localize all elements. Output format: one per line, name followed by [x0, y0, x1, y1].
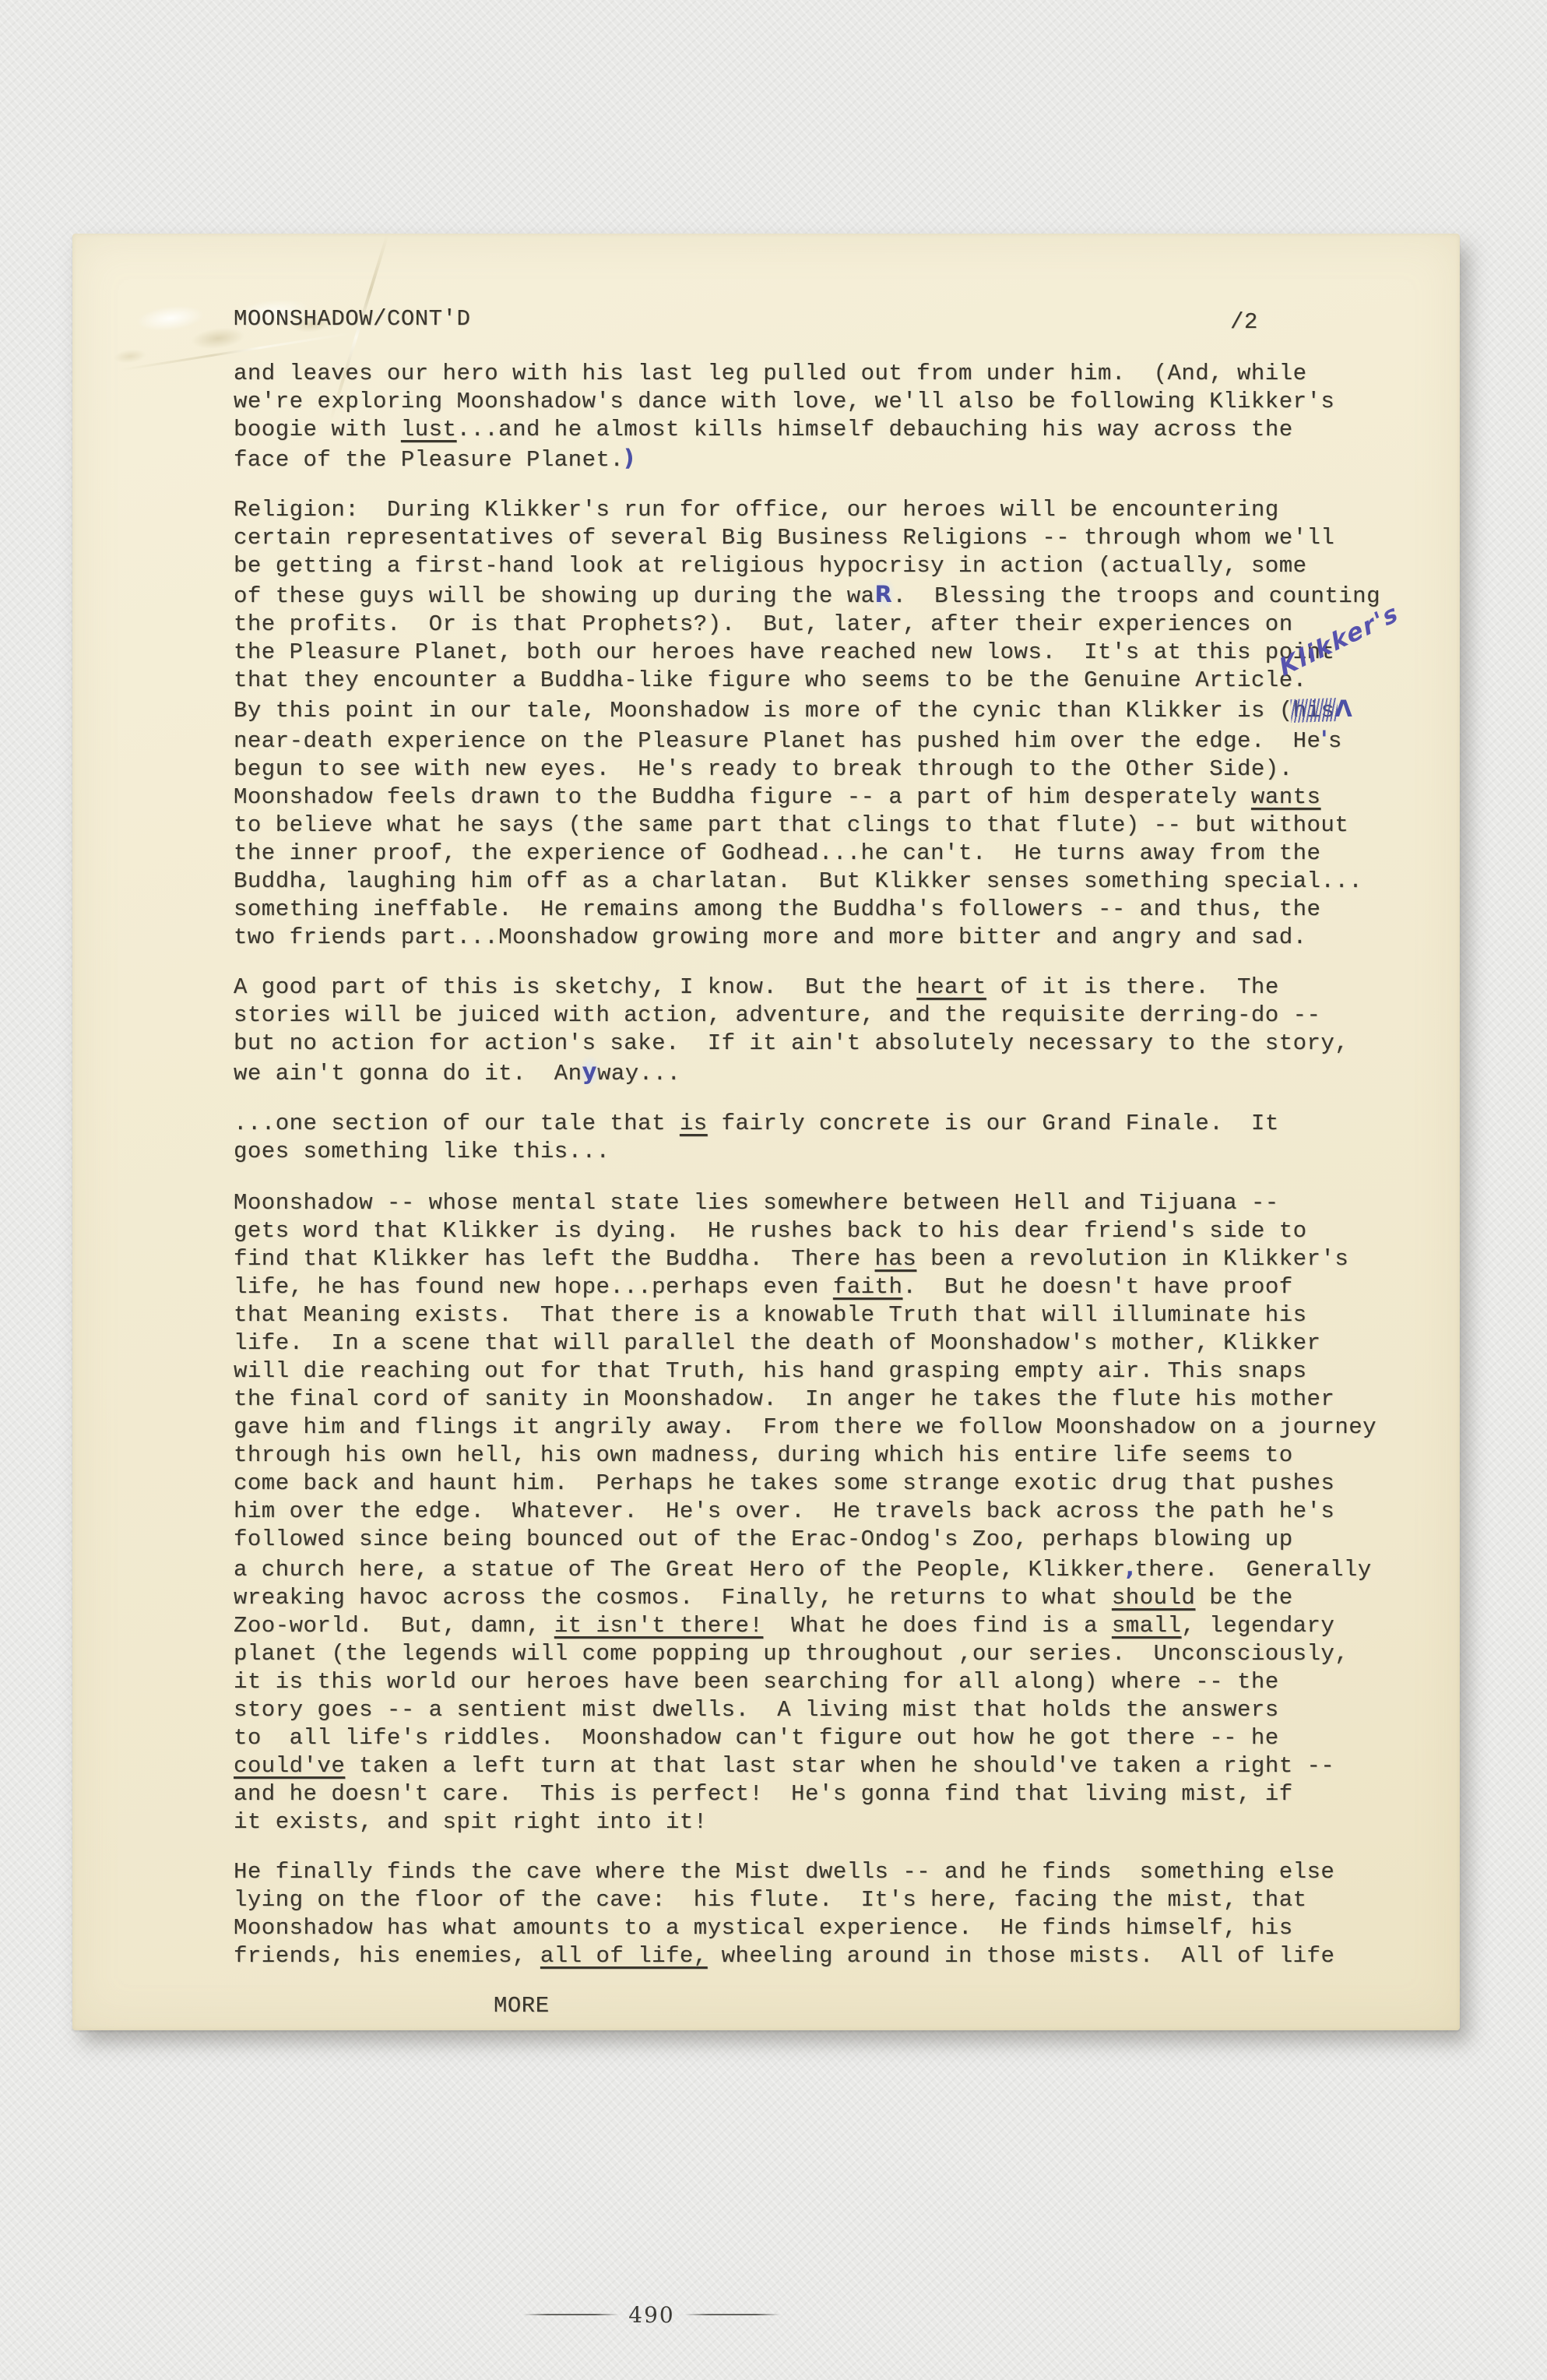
paragraph: ...one section of our tale that is fairl… — [234, 1110, 1425, 1166]
paragraph: Moonshadow -- whose mental state lies so… — [234, 1189, 1425, 1836]
pen-correction-on-whiteout: R — [875, 581, 893, 607]
document-body: and leaves our hero with his last leg pu… — [234, 360, 1425, 2020]
pen-correction: , — [1126, 1554, 1135, 1581]
pen-correction: ) — [624, 445, 635, 471]
page-number-header: /2 — [1230, 308, 1258, 336]
pen-correction-on-whiteout: y — [582, 1058, 597, 1085]
document-header: MOONSHADOW/CONT'D /2 — [234, 305, 1429, 336]
pen-scribbled-word: his — [1293, 698, 1335, 724]
paragraph: and leaves our hero with his last leg pu… — [234, 360, 1425, 474]
document-page: MOONSHADOW/CONT'D /2 and leaves our hero… — [72, 234, 1460, 2030]
pen-correction: ' — [1320, 726, 1327, 752]
paragraph: A good part of this is sketchy, I know. … — [234, 973, 1425, 1088]
paragraph: He finally finds the cave where the Mist… — [234, 1858, 1425, 1970]
footer-page-number: 490 — [628, 2302, 674, 2328]
more-continuation-label: MORE — [234, 1992, 1425, 2020]
paragraph: Religion: During Klikker's run for offic… — [234, 496, 1425, 952]
footer-rule-left — [523, 2314, 619, 2316]
scan-background: MOONSHADOW/CONT'D /2 and leaves our hero… — [0, 0, 1547, 2380]
footer-rule-right — [684, 2314, 780, 2316]
catalog-page-number-row: 490 — [523, 2299, 780, 2330]
document-title: MOONSHADOW/CONT'D — [234, 306, 470, 332]
